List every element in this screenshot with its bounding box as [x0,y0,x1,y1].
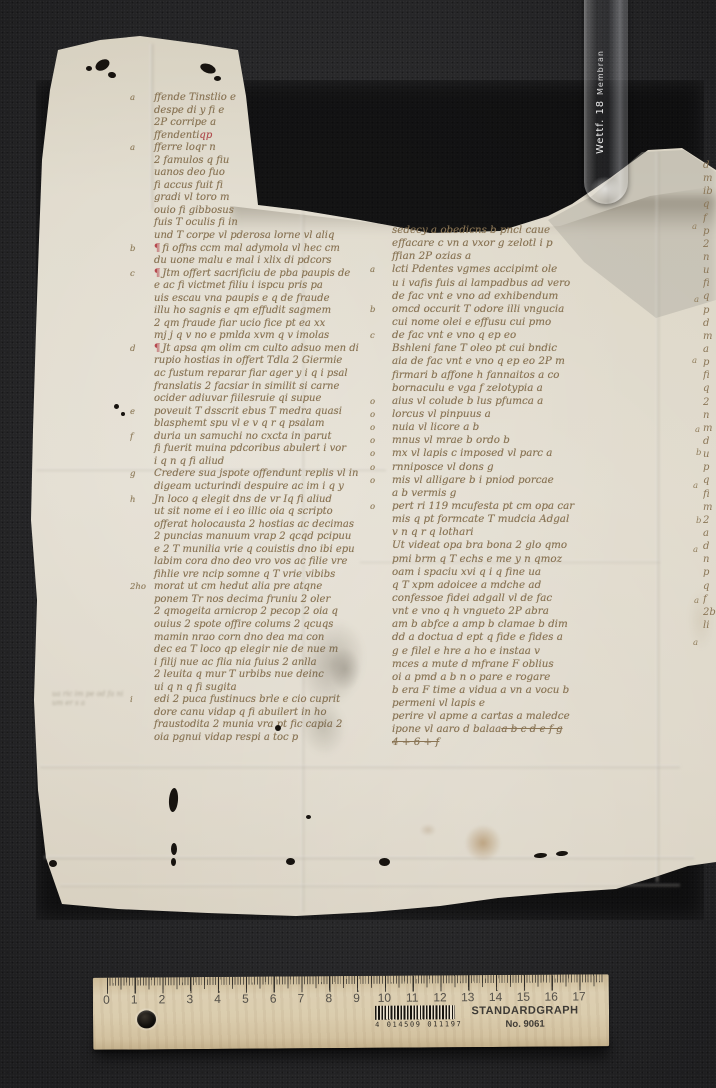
text-line: effacare c vn a vxor g zelotl i p [370,237,662,250]
line-text: ouio fi gibbosus [154,205,234,216]
line-text: fihlie vre ncip somne q T vrie vibibs [154,569,335,580]
line-text: uis escau vna paupis e q de fraude [154,293,330,304]
text-line: du uone malu e mal i xlix di pdcors [130,255,388,268]
text-line: ocider adiuvar fiilesruie qi supue [130,393,388,406]
text-line: franslatis 2 facsiar in similit si carne [130,381,388,394]
text-line: digeam ucturindi despuire ac im i q y [130,481,388,494]
struck-text: a b c d e f g [501,723,562,735]
text-line: ffendenti qp [130,130,254,143]
margin-letter: a [130,93,154,103]
model-number: No. 9061 [465,1018,585,1030]
parchment-hole [121,412,125,416]
line-text: labim cora dno deo vro vos ac filie vre [154,556,347,567]
edge-text-fragment: m [703,173,716,186]
edge-text-fragment: fi [703,370,716,383]
line-text: mnus vl mrae b ordo b [392,434,510,446]
shelfmark-text: Wettf. 18 [595,100,606,154]
manuscript-photo-scene: affende Tinstlio edespe di y fi e2P corr… [0,0,716,1088]
crease-line [40,765,680,768]
line-text: i filij nue ac flia nia fuius 2 anlla [154,657,317,668]
edge-text-fragment: n [703,252,716,265]
text-line: opert ri 119 mcufesta pt cm opa car [370,500,662,513]
edge-text-fragment: q [703,475,716,488]
text-line: Ut videat opa bra bona 2 glo qmo [370,539,662,552]
text-line: onuia vl licore a b [370,421,662,434]
text-line: illu ho sagnis e qm effudit sagmem [130,305,388,318]
line-text: lcti Pdentes vgmes accipimt ole [392,263,557,275]
line-text: g e filel e hre a ho e instaa v [392,645,540,657]
far-margin-letter: a [693,481,698,491]
edge-text-fragment: q [703,199,716,212]
ruler-number: 9 [343,991,371,1005]
ruler-number: 2 [148,992,176,1006]
line-text: de fac vnt e vno q ep eo [392,329,516,341]
line-text: ac fustum reparar fiar ager y i q i psal [154,368,348,379]
line-text: de fac vnt e vno ad exhibendum [392,290,558,302]
margin-letter: o [370,502,392,512]
line-text: ui q n q fi sugita [154,682,237,693]
line-text: poveuit T dsscrit ebus T medra quasi [154,406,342,417]
line-text: lorcus vl pinpuus a [392,408,491,420]
line-text: oam i spaciu xvi q i q fine ua [392,566,541,578]
line-text: oi a pmd a b n o pare e rogare [392,671,550,683]
margin-letter: f [130,432,154,442]
edge-text-fragment: d [703,318,716,331]
line-text: e ac fi victmet filiu i ispcu pris pa [154,280,323,291]
margin-letter: 2ho [130,582,154,592]
edge-text-fragment: d [703,541,716,554]
edge-text-fragment: f [703,213,716,226]
margin-letter: i [130,695,154,705]
line-text: ffian 2P ozias a [392,250,471,262]
far-margin-letter: a [694,295,699,305]
barcode-digits: 4 014509 011197 [375,1020,455,1029]
line-text: 2 famulos q fiu [154,155,229,166]
text-line: am b abfce a amp b clamae b dim [370,618,662,631]
ruler-number: 6 [259,991,287,1005]
ruler-number: 0 [92,993,120,1007]
far-margin-letter: a [695,425,700,435]
text-line: e 2 T munilia vrie q couistis dno ibi ep… [130,544,388,557]
line-text: mis q pt formcate T mudcia Adgal [392,513,569,525]
parchment-hole [86,66,92,71]
line-text: 2 qmogeita arnicrop 2 pecop 2 oia q [154,606,338,617]
text-line: ponem Tr nos decima fruniu 2 oler [130,594,388,607]
text-line: mces a mute d mfrane F oblius [370,658,662,671]
line-text: despe di y fi e [154,105,224,116]
text-line: hJn loco q elegit dns de vr Iq fi aliud [130,494,388,507]
parchment-hole [379,858,390,866]
line-text: e 2 T munilia vrie q couistis dno ibi ep… [154,544,355,555]
far-margin-letter: a [692,222,697,232]
text-line: i q n q fi aliud [130,456,388,469]
text-line: omnus vl mrae b ordo b [370,434,662,447]
text-line: alcti Pdentes vgmes accipimt ole [370,263,662,276]
edge-text-fragment: 2 [703,515,716,528]
parchment-stain [688,590,714,650]
ruler-number: 15 [509,990,537,1004]
line-text: uanos deo fuo [154,167,225,178]
text-line: pmi brm q T echs e me y n qmoz [370,553,662,566]
margin-letter: o [370,423,392,433]
line-text: q T xpm adoicee a mdche ad [392,579,541,591]
text-line: firmari b affone h fannaitos a co [370,369,662,382]
wooden-ruler: 01234567891011121314151617 4 014509 0111… [93,974,609,1050]
text-line: afferre loqr n [130,142,254,155]
text-line: confessoe fidei adgall vl de fac [370,592,662,605]
text-line: omis vl alligare b i pniod porcae [370,474,662,487]
edge-text-fragment: 2 [703,397,716,410]
line-text: b era F time a vidua a vn a vocu b [392,684,569,696]
text-line: g e filel e hre a ho e instaa v [370,645,662,658]
edge-text-fragment: m [703,331,716,344]
margin-letter: o [370,436,392,446]
text-line: offerat holocausta 2 hostias ac decimas [130,519,388,532]
line-text: bornaculu e vga f zelotypia a [392,382,543,394]
line-text: am b abfce a amp b clamae b dim [392,618,568,630]
ruler-number: 3 [176,992,204,1006]
line-text: cui nome olei e effusu cui pmo [392,316,551,328]
text-line: c¶Jtm offert sacrificiu de pba paupis de [130,268,388,281]
line-text: vnt e vno q h vngueto 2P abra [392,605,549,617]
line-text: u i vafis fuis ai lampadbus ad vero [392,277,570,289]
margin-letter: c [130,269,154,279]
edge-text-fragment: q [703,383,716,396]
line-text: blasphemt spu vl e v q r q psalam [154,418,325,429]
line-text: fi fuerit muina pdcoribus abulert i vor [154,443,346,454]
text-line: fduria un samuchi no cxcta in parut [130,431,388,444]
margin-letter: o [370,476,392,486]
edge-text-fragment: p [703,462,716,475]
struck-text: 4 + 6 + f [392,736,439,748]
ruler-hanging-hole [137,1010,156,1028]
line-text: ocider adiuvar fiilesruie qi supue [154,393,321,404]
rubric-text: qp [199,130,212,141]
margin-letter: a [130,143,154,153]
text-line: 4 + 6 + f [370,736,662,749]
line-text: ipone vl aaro d balaa [392,723,501,735]
line-text: Credere sua jspote offendunt replis vl i… [154,468,358,479]
line-text: effacare c vn a vxor g zelotl i p [392,237,553,249]
line-text: permeni vl lapis e [392,697,485,709]
parchment-hole [306,815,311,819]
margin-letter: o [370,410,392,420]
text-line: b era F time a vidua a vn a vocu b [370,684,662,697]
text-line: permeni vl lapis e [370,697,662,710]
edge-text-fragment: p [703,226,716,239]
rod-tip-highlight [590,176,620,202]
text-line: ouio fi gibbosus [130,205,254,218]
text-line: epoveuit T dsscrit ebus T medra quasi [130,406,388,419]
text-line: fihlie vre ncip somne q T vrie vibibs [130,569,388,582]
ruler-brand-block: STANDARDGRAPH No. 9061 [465,1004,585,1030]
line-text: rnniposce vl dons g [392,461,494,473]
text-line: ipone vl aaro d balaa a b c d e f g [370,723,662,736]
manuscript-edge-column: dmibqfp2nufiqpdmapfiq2nmdupqfim2adnpqf2b… [703,160,716,633]
text-line: fuis T oculis fi in [130,217,254,230]
text-line: 2 qmogeita arnicrop 2 pecop 2 oia q [130,606,388,619]
margin-letter: o [370,449,392,459]
line-text: ffendenti [154,130,199,141]
text-line: perire vl apme a cartas a maledce [370,710,662,723]
parchment-stain [330,648,360,690]
line-text: pmi brm q T echs e me y n qmoz [392,553,562,565]
text-line: bornaculu e vga f zelotypia a [370,382,662,395]
text-line: ornniposce vl dons g [370,461,662,474]
text-line: 2homorat ut cm hedut alia pre atqne [130,581,388,594]
ruler-number: 13 [454,990,482,1004]
edge-text-fragment: ib [703,186,716,199]
line-text: ouius 2 spote offire colums 2 qcuqs [154,619,333,630]
margin-letter: d [130,344,154,354]
line-text: mis vl alligare b i pniod porcae [392,474,554,486]
ruler-number: 14 [482,990,510,1004]
text-line: vnt e vno q h vngueto 2P abra [370,605,662,618]
line-text: ffende Tinstlio e [154,92,236,103]
ruler-number: 1 [120,992,148,1006]
text-line: cui nome olei e effusu cui pmo [370,316,662,329]
text-line: e ac fi victmet filiu i ispcu pris pa [130,280,388,293]
text-line: u i vafis fuis ai lampadbus ad vero [370,277,662,290]
margin-letter: e [130,407,154,417]
text-line: fi fuerit muina pdcoribus abulert i vor [130,443,388,456]
text-line: labim cora dno deo vro vos ac filie vre [130,556,388,569]
far-margin-letter: b [696,448,701,458]
line-text: rupio hostias in offert Tdla 2 Giermie [154,355,342,366]
line-text: duria un samuchi no cxcta in parut [154,431,332,442]
line-text: firmari b affone h fannaitos a co [392,369,560,381]
ruler-number: 17 [565,989,593,1003]
ruler-number: 7 [287,991,315,1005]
edge-text-fragment: n [703,410,716,423]
line-text: Jt apsa qm olim cm culto adsuo men di [162,343,358,354]
parchment-hole [114,404,119,409]
text-line: fi accus fuit fi [130,180,254,193]
parchment-hole [171,858,176,866]
text-line: oi a pmd a b n o pare e rogare [370,671,662,684]
text-line: dore canu vidap q fi abuilert in ho [130,707,388,720]
rubric-pilcrow-icon: ¶ [154,243,160,254]
margin-letter: o [370,463,392,473]
crease-line [44,856,694,859]
line-text: franslatis 2 facsiar in similit si carne [154,381,339,392]
shelfmark-subtext: Membran [596,50,605,95]
margin-letter: a [370,265,392,275]
text-line: ffian 2P ozias a [370,250,662,263]
text-line: dd a doctua d ept q fide e fides a [370,631,662,644]
edge-text-fragment: q [703,291,716,304]
line-text: Jn loco q elegit dns de vr Iq fi aliud [154,494,332,505]
text-line: de fac vnt e vno ad exhibendum [370,290,662,303]
brand-name: STANDARDGRAPH [465,1004,585,1017]
line-text: i q n q fi aliud [154,456,224,467]
line-text: a b vermis g [392,487,456,499]
line-text: 2 puncias manuum vrap 2 qcqd pcipuu [154,531,351,542]
text-line: q T xpm adoicee a mdche ad [370,579,662,592]
line-text: perire vl apme a cartas a maledce [392,710,570,722]
far-margin-letter: b [696,516,701,526]
crease-line [60,884,680,887]
margin-letter: b [370,305,392,315]
line-text: oia pgnui vidap respi a toc p [154,732,298,743]
text-line: ut sit nome ei i eo illic oia q scripto [130,506,388,519]
line-text: ponem Tr nos decima fruniu 2 oler [154,594,330,605]
text-line: oam i spaciu xvi q i q fine ua [370,566,662,579]
text-line: blasphemt spu vl e v q r q psalam [130,418,388,431]
parchment-hole [275,725,281,731]
parchment-stain [465,825,501,861]
edge-text-fragment: m [703,423,716,436]
edge-text-fragment: 2 [703,239,716,252]
line-text: illu ho sagnis e qm effudit sagmem [154,305,331,316]
rubric-pilcrow-icon: ¶ [154,343,160,354]
line-text: gradi vl toro m [154,192,229,203]
text-line: und T corpe vl pderosa lorne vl aliq [130,230,388,243]
text-line: despe di y fi e [130,105,254,118]
edge-text-fragment: u [703,265,716,278]
text-line: mis q pt formcate T mudcia Adgal [370,513,662,526]
margin-letter: h [130,495,154,505]
text-line: a b vermis g [370,487,662,500]
margin-letter: c [370,331,392,341]
far-margin-letter: a [692,356,697,366]
line-text: fferre loqr n [154,142,216,153]
line-text: ut sit nome ei i eo illic oia q scripto [154,506,333,517]
line-text: 2P corripe a [154,117,216,128]
manuscript-right-column: sedecy a obedicns b pncl caueeffacare c … [370,224,662,750]
text-line: bomcd occurit T odore illi vngucia [370,303,662,316]
line-text: aius vl colude b lus pfumca a [392,395,543,407]
line-text: mj j q v no e pmlda xvm q v imolas [154,330,329,341]
text-line: d¶Jt apsa qm olim cm culto adsuo men di [130,343,388,356]
line-text: du uone malu e mal i xlix di pdcors [154,255,332,266]
text-line: b¶fi offns ccm mal adymola vl hec cm [130,243,388,256]
text-line: aia de fac vnt e vno q ep eo 2P m [370,355,662,368]
glass-weight-rod: Wettf. 18 Membran [584,0,628,204]
ruler-number: 11 [398,990,426,1004]
parchment-hole [171,843,177,855]
parchment-hole [214,76,221,81]
line-text: Ut videat opa bra bona 2 glo qmo [392,539,567,551]
text-line: gCredere sua jspote offendunt replis vl … [130,468,388,481]
ruler-number: 12 [426,990,454,1004]
edge-text-fragment: m [703,502,716,515]
line-text: 2 qm fraude fiar ucio fice pt ea xx [154,318,325,329]
line-text: v n q r q lothari [392,526,474,538]
line-text: aia de fac vnt e vno q ep eo 2P m [392,355,565,367]
text-line: v n q r q lothari [370,526,662,539]
line-text: mces a mute d mfrane F oblius [392,658,554,670]
text-line: affende Tinstlio e [130,92,254,105]
line-text: und T corpe vl pderosa lorne vl aliq [154,230,334,241]
edge-text-fragment: n [703,554,716,567]
line-text: mx vl lapis c imposed vl parc a [392,447,552,459]
edge-text-fragment: a [703,344,716,357]
parchment-hole [49,860,57,867]
text-line: uis escau vna paupis e q de fraude [130,293,388,306]
line-text: fi offns ccm mal adymola vl hec cm [162,243,340,254]
line-text: pert ri 119 mcufesta pt cm opa car [392,500,574,512]
margin-letter: b [130,244,154,254]
text-line: omx vl lapis c imposed vl parc a [370,447,662,460]
line-text: nuia vl licore a b [392,421,479,433]
text-line: fraustodita 2 munia vra pt fic capia 2 [130,719,388,732]
line-text: offerat holocausta 2 hostias ac decimas [154,519,354,530]
text-line: mj j q v no e pmlda xvm q v imolas [130,330,388,343]
edge-text-fragment: p [703,305,716,318]
edge-text-fragment: d [703,436,716,449]
edge-text-fragment: p [703,357,716,370]
ruler-number: 16 [537,990,565,1004]
text-line: 2 famulos q fiu [130,155,254,168]
text-line: oaius vl colude b lus pfumca a [370,395,662,408]
text-line: 2 qm fraude fiar ucio fice pt ea xx [130,318,388,331]
line-text: morat ut cm hedut alia pre atqne [154,581,322,592]
text-line: gradi vl toro m [130,192,254,205]
line-text: fi accus fuit fi [154,180,223,191]
ruler-number: 10 [370,991,398,1005]
line-text: omcd occurit T odore illi vngucia [392,303,564,315]
line-text: digeam ucturindi despuire ac im i q y [154,481,344,492]
text-line: uanos deo fuo [130,167,254,180]
parchment-stain [420,824,436,836]
ruler-number: 4 [204,992,232,1006]
barcode-bars [375,1005,455,1020]
line-text: sedecy a obedicns b pncl caue [392,224,550,236]
edge-text-fragment: fi [703,278,716,291]
edge-text-fragment: u [703,449,716,462]
text-line: 2P corripe a [130,117,254,130]
line-text: fuis T oculis fi in [154,217,238,228]
text-line: sedecy a obedicns b pncl caue [370,224,662,237]
edge-text-fragment: fi [703,489,716,502]
edge-text-fragment: p [703,567,716,580]
margin-letter: g [130,469,154,479]
ink-offset-smudge: ua ric im pe od fa ni um er s a [52,690,130,746]
parchment-hole [286,858,295,865]
text-line: olorcus vl pinpuus a [370,408,662,421]
line-text: confessoe fidei adgall vl de fac [392,592,552,604]
ruler-number: 5 [231,992,259,1006]
text-line: 2 puncias manuum vrap 2 qcqd pcipuu [130,531,388,544]
text-line: oia pgnui vidap respi a toc p [130,732,388,745]
rubric-pilcrow-icon: ¶ [154,268,160,279]
ruler-number: 8 [315,991,343,1005]
text-line: ac fustum reparar fiar ager y i q i psal [130,368,388,381]
margin-letter: o [370,397,392,407]
line-text: mamin nrao corn dno dea ma con [154,632,324,643]
line-text: dd a doctua d ept q fide e fides a [392,631,563,643]
line-text: Jtm offert sacrificiu de pba paupis de [162,268,350,279]
edge-text-fragment: a [703,528,716,541]
text-line: Bshleni fane T oleo pt cui bndic [370,342,662,355]
line-text: Bshleni fane T oleo pt cui bndic [392,342,557,354]
edge-text-fragment: d [703,160,716,173]
barcode: 4 014509 011197 [375,1005,455,1030]
far-margin-letter: a [693,545,698,555]
text-line: rupio hostias in offert Tdla 2 Giermie [130,355,388,368]
shelfmark-label: Wettf. 18 Membran [591,24,610,154]
text-line: cde fac vnt e vno q ep eo [370,329,662,342]
